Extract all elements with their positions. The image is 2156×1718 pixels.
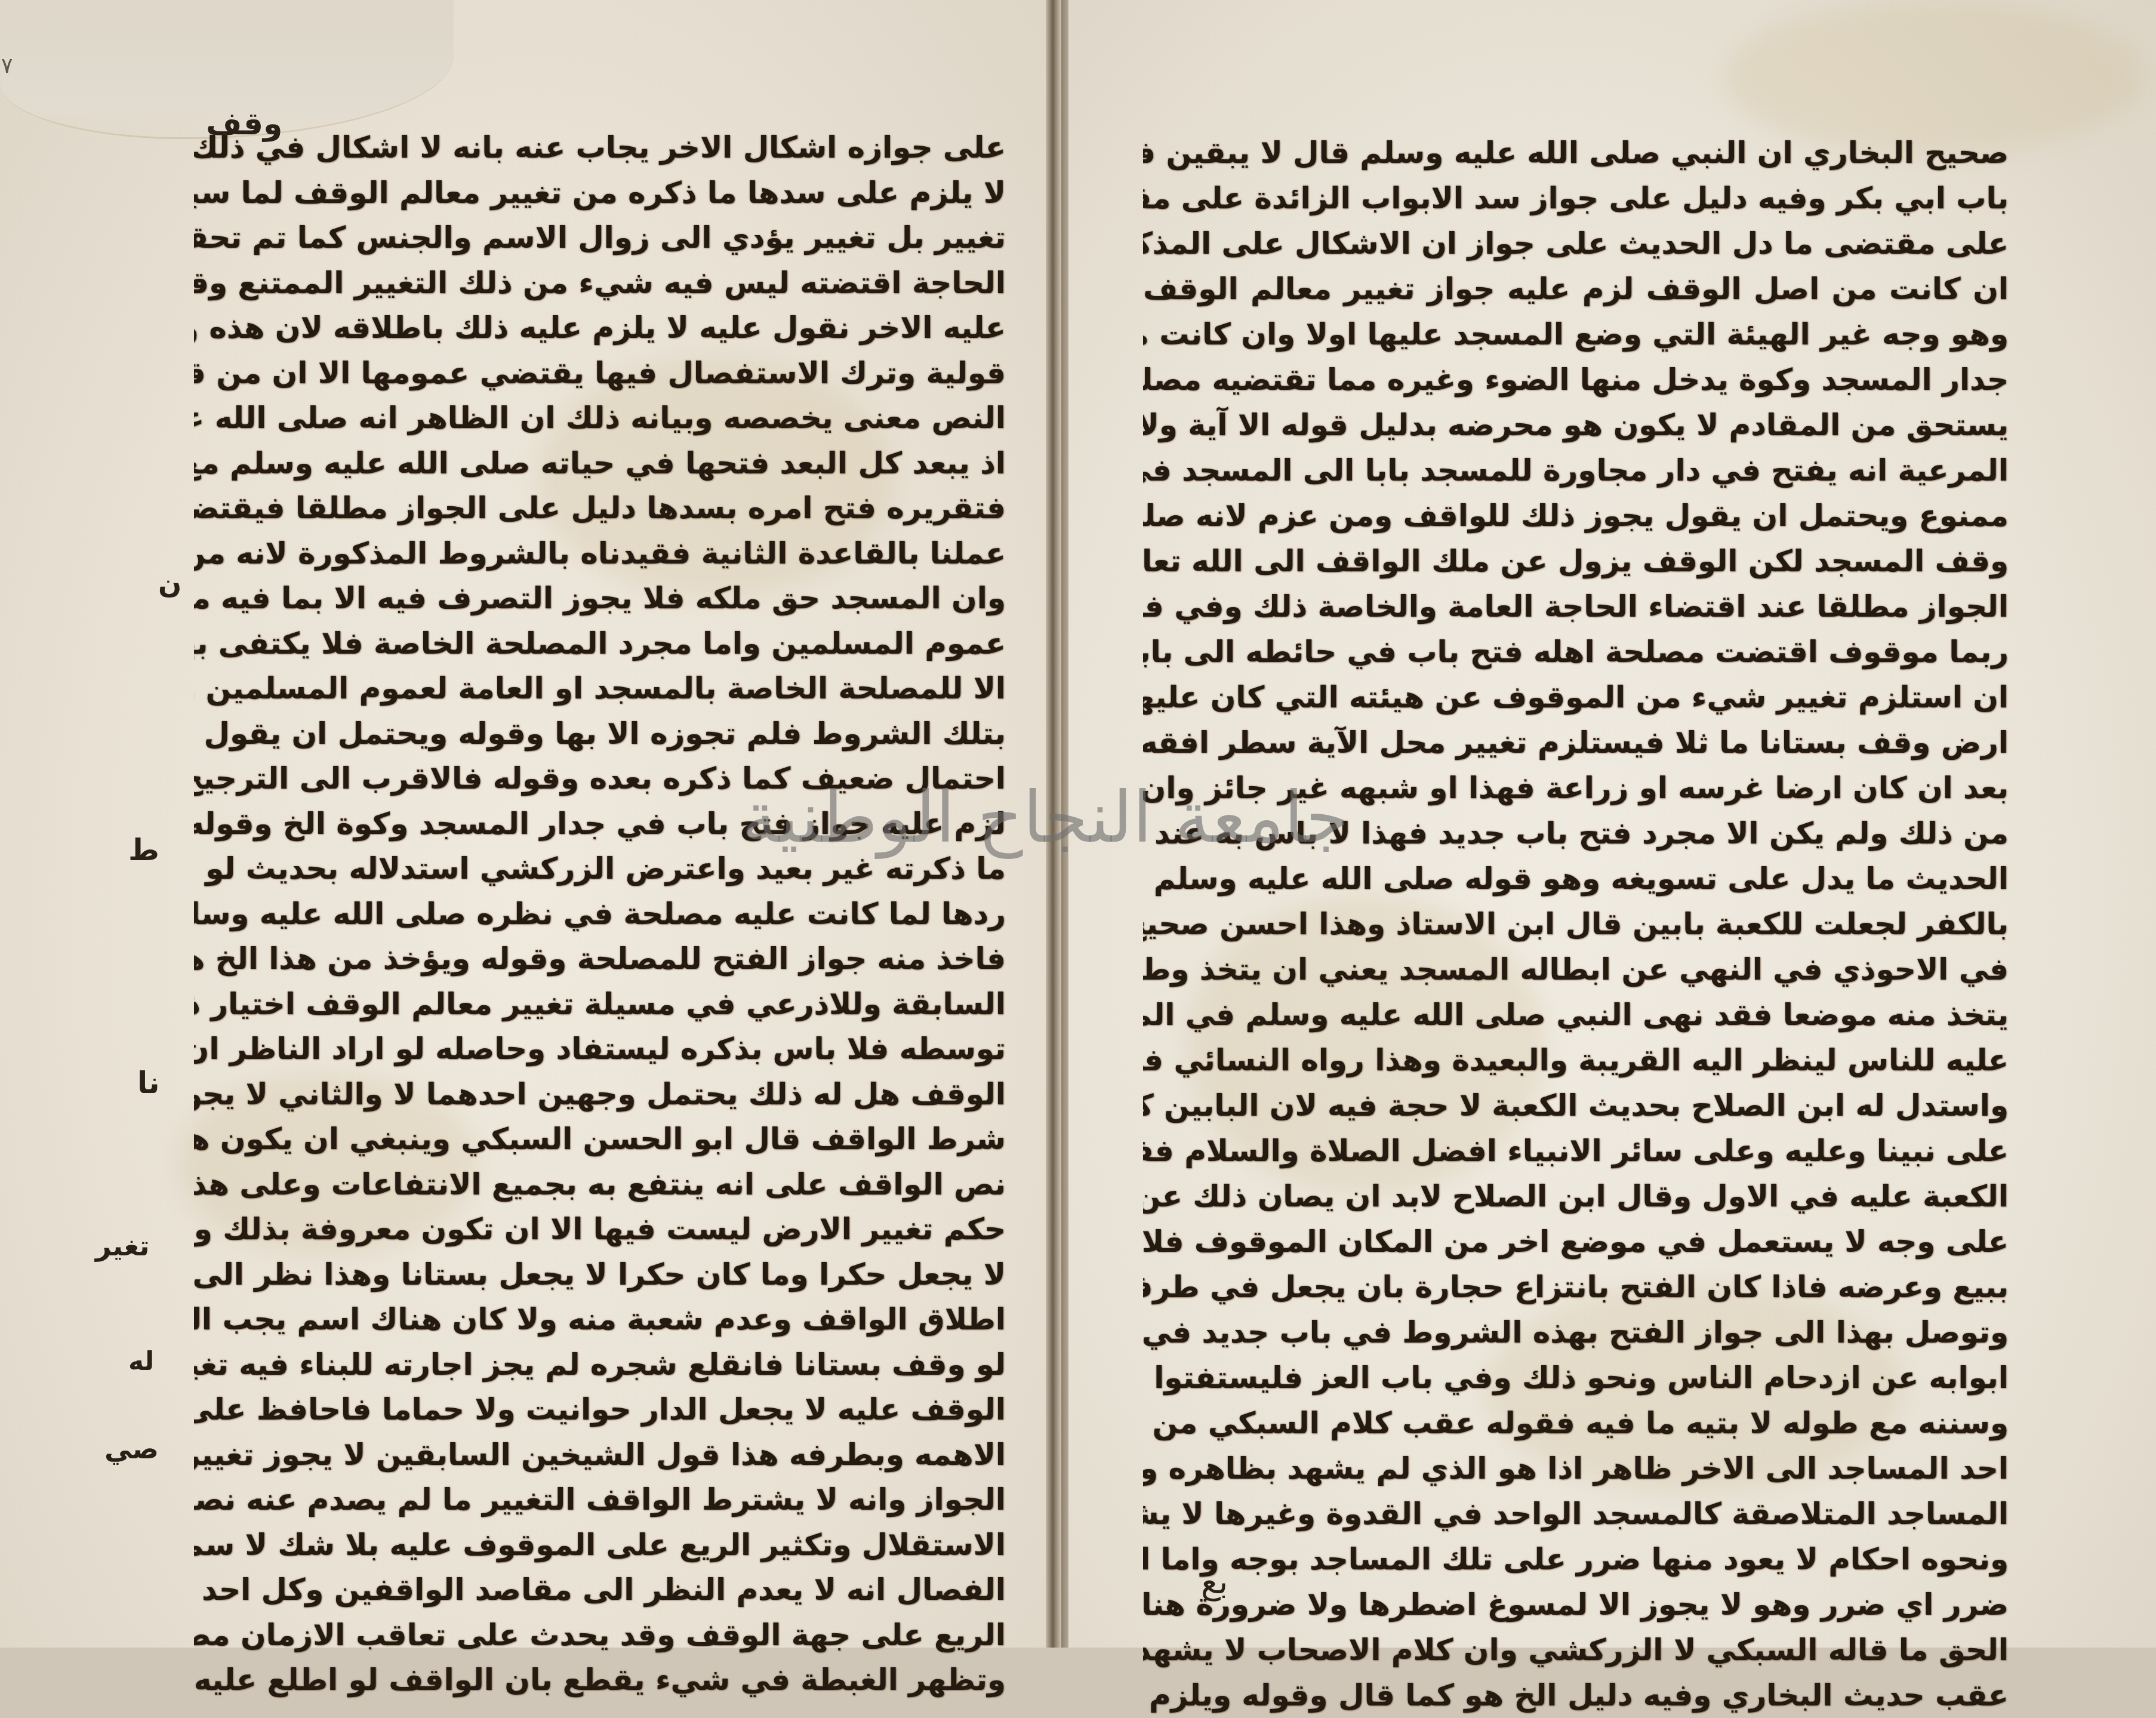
manuscript-line: باب ابي بكر وفيه دليل على جواز سد الابوا…: [1143, 176, 2009, 221]
manuscript-line: الحق ما قاله السبكي لا الزركشي وان كلام …: [1143, 1627, 2009, 1648]
manuscript-line: ان كانت من اصل الوقف لزم عليه جواز تغيير…: [1143, 266, 2009, 312]
manuscript-line: الحاجة اقتضته ليس فيه شيء من ذلك التغيير…: [194, 261, 1006, 306]
manuscript-line: عملنا بالقاعدة الثانية فقيدناه بالشروط ا…: [194, 531, 1006, 577]
manuscript-line: ضرر اي ضرر وهو لا يجوز الا لمسوغ اضطرها …: [1143, 1582, 2009, 1627]
manuscript-line: صحيح البخاري ان النبي صلى الله عليه وسلم…: [1143, 130, 2009, 176]
manuscript-line: فاخذ منه جواز الفتح للمصلحة وقوله ويؤخذ …: [194, 937, 1006, 982]
manuscript-line: ربما موقوف اقتضت مصلحة اهله فتح باب في ح…: [1143, 629, 2009, 675]
manuscript-line: ارض وقف بستانا ما ثلا فيستلزم تغيير محل …: [1143, 720, 2009, 765]
manuscript-line: الكعبة عليه في الاول وقال ابن الصلاح لاب…: [1143, 1174, 2009, 1219]
manuscript-line: فتقريره فتح امره بسدها دليل على الجواز م…: [194, 486, 1006, 531]
manuscript-line: جدار المسجد وكوة يدخل منها الضوء وغيره م…: [1143, 357, 2009, 402]
manuscript-line: على وجه لا يستعمل في موضع اخر من المكان …: [1143, 1219, 2009, 1264]
manuscript-line: الجواز مطلقا عند اقتضاء الحاجة العامة وا…: [1143, 584, 2009, 629]
manuscript-line: ردها لما كانت عليه مصلحة في نظره صلى الل…: [194, 892, 1006, 937]
manuscript-line: عموم المسلمين واما مجرد المصلحة الخاصة ف…: [194, 621, 1006, 667]
manuscript-line: نص الواقف على انه ينتفع به بجميع الانتفا…: [194, 1162, 1006, 1208]
manuscript-line: احد المساجد الى الاخر ظاهر اذا هو الذي ل…: [1143, 1446, 2009, 1491]
manuscript-line: الريع على جهة الوقف وقد يحدث على تعاقب ا…: [194, 1613, 1006, 1648]
manuscript-line: على نبينا وعليه وعلى سائر الانبياء افضل …: [1143, 1128, 2009, 1174]
manuscript-line: وهو وجه غير الهيئة التي وضع المسجد عليها…: [1143, 312, 2009, 357]
manuscript-line: واستدل له ابن الصلاح بحديث الكعبة لا حجة…: [1143, 1083, 2009, 1128]
manuscript-line: ان استلزم تغيير شيء من الموقوف عن هيئته …: [1143, 675, 2009, 720]
manuscript-line: يستحق من المقادم لا يكون هو محرضه بدليل …: [1143, 402, 2009, 448]
manuscript-line: الا للمصلحة الخاصة بالمسجد او العامة لعم…: [194, 666, 1006, 712]
manuscript-line: توسطه فلا باس بذكره ليستفاد وحاصله لو ار…: [194, 1027, 1006, 1072]
manuscript-line: وتوصل بهذا الى جواز الفتح بهذه الشروط في…: [1143, 1310, 2009, 1355]
manuscript-line: الاهمه وبطرفه هذا قول الشيخين السابقين ل…: [194, 1433, 1006, 1478]
manuscript-line: بتلك الشروط فلم تجوزه الا بها وقوله ويحت…: [194, 712, 1006, 757]
manuscript-line: الاستقلال وتكثير الريع على الموقوف عليه …: [194, 1523, 1006, 1568]
manuscript-line: لا يجعل حكرا وما كان حكرا لا يجعل بستانا…: [194, 1252, 1006, 1298]
manuscript-line: السابقة وللاذرعي في مسيلة تغيير معالم ال…: [194, 982, 1006, 1027]
manuscript-line: في الاحوذي في النهي عن ابطاله المسجد يعن…: [1143, 947, 2009, 992]
manuscript-line: الفصال انه لا يعدم النظر الى مقاصد الواق…: [194, 1568, 1006, 1613]
manuscript-line: وقف المسجد لكن الوقف يزول عن ملك الواقف …: [1143, 538, 2009, 584]
manuscript-line: قولية وترك الاستفصال فيها يقتضي عمومها ا…: [194, 351, 1006, 396]
manuscript-line: عليه للناس لينظر اليه القريبة والبعيدة و…: [1143, 1037, 2009, 1083]
manuscript-line: شرط الواقف قال ابو الحسن السبكي وينبغي ا…: [194, 1117, 1006, 1162]
manuscript-line: ونحوه احكام لا يعود منها ضرر على تلك الم…: [1143, 1537, 2009, 1582]
manuscript-line: الوقف هل له ذلك يحتمل وجهين احدهما لا وا…: [194, 1072, 1006, 1117]
manuscript-line: يتخذ منه موضعا فقد نهى النبي صلى الله عل…: [1143, 992, 2009, 1037]
left-page-text: على جوازه اشكال الاخر يجاب عنه بانه لا ا…: [194, 125, 1006, 1648]
manuscript-line: الوقف عليه لا يجعل الدار حوانيت ولا حمام…: [194, 1387, 1006, 1433]
manuscript-line: المساجد المتلاصقة كالمسجد الواحد في القد…: [1143, 1491, 2009, 1537]
manuscript-line: عليه الاخر نقول عليه لا يلزم عليه ذلك با…: [194, 306, 1006, 351]
margin-note: تغير: [96, 1230, 150, 1262]
margin-note: ن: [158, 567, 181, 599]
manuscript-line: اذ يبعد كل البعد فتحها في حياته صلى الله…: [194, 441, 1006, 487]
manuscript-line: الجواز وانه لا يشترط الواقف التغيير ما ل…: [194, 1477, 1006, 1523]
manuscript-line: حكم تغيير الارض ليست فيها الا ان تكون مع…: [194, 1207, 1006, 1252]
manuscript-line: ممنوع ويحتمل ان يقول يجوز ذلك للواقف ومن…: [1143, 493, 2009, 538]
manuscript-line: لا يلزم على سدها ما ذكره من تغيير معالم …: [194, 171, 1006, 216]
manuscript-line: تغيير بل تغيير يؤدي الى زوال الاسم والجن…: [194, 215, 1006, 261]
manuscript-line: ببيع وعرضه فاذا كان الفتح بانتزاع حجارة …: [1143, 1264, 2009, 1310]
watermark: جامعة النجاح الوطنية: [812, 776, 1349, 866]
manuscript-line: وسننه مع طوله لا بتيه ما فيه فقوله عقب ك…: [1143, 1400, 2009, 1446]
manuscript-line: على جوازه اشكال الاخر يجاب عنه بانه لا ا…: [194, 125, 1006, 171]
manuscript-line: وان المسجد حق ملكه فلا يجوز التصرف فيه ا…: [194, 576, 1006, 621]
manuscript-spread: ٧ وقف على جوازه اشكال الاخر يجاب عنه بان…: [0, 0, 2156, 1648]
corner-mark: ٧: [1, 54, 13, 78]
margin-note: نا: [137, 1066, 160, 1100]
manuscript-line: المرعية انه يفتح في دار مجاورة للمسجد با…: [1143, 448, 2009, 493]
manuscript-line: ابوابه عن ازدحام الناس ونحو ذلك وفي باب …: [1143, 1355, 2009, 1400]
manuscript-line: اطلاق الواقف وعدم شعبة منه ولا كان هناك …: [194, 1297, 1006, 1343]
manuscript-line: لو وقف بستانا فانقلع شجره لم يجز اجارته …: [194, 1343, 1006, 1388]
margin-note: له: [128, 1346, 154, 1377]
manuscript-line: على مقتضى ما دل الحديث على جواز ان الاشك…: [1143, 221, 2009, 266]
margin-note: ط: [128, 833, 159, 867]
right-page-text: صحيح البخاري ان النبي صلى الله عليه وسلم…: [1143, 130, 2009, 1648]
catchword: بع: [1201, 1563, 1228, 1602]
manuscript-line: بالكفر لجعلت للكعبة بابين قال ابن الاستا…: [1143, 901, 2009, 947]
margin-note: صي: [104, 1433, 159, 1465]
manuscript-line: النص معنى يخصصه وبيانه ذلك ان الظاهر انه…: [194, 396, 1006, 441]
